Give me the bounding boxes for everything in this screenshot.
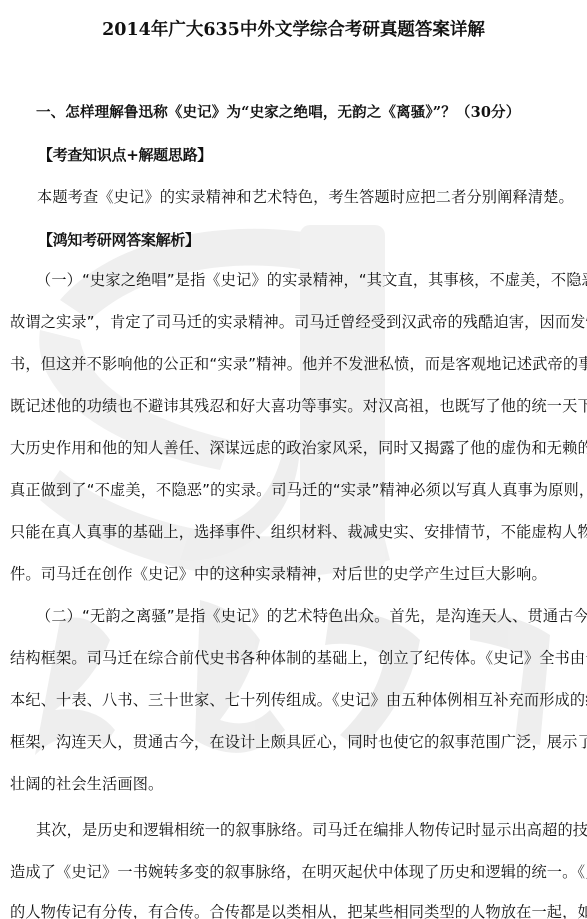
answer-line: 书，但这并不影响他的公正和“实录”精神。他并不发泄私愤，而是客观地记述武帝的事迹…	[10, 354, 587, 374]
answer-line: 其次，是历史和逻辑相统一的叙事脉络。司马迁在编排人物传记时显示出高超的技巧，	[36, 820, 587, 840]
answer-line: 造成了《史记》一书婉转多变的叙事脉络，在明灭起伏中体现了历史和逻辑的统一。《史记…	[10, 862, 587, 882]
document-title: 2014年广大635中外文学综合考研真题答案详解	[0, 18, 587, 42]
answer-line: 件。司马迁在创作《史记》中的这种实录精神，对后世的史学产生过巨大影响。	[10, 564, 547, 584]
section-heading-knowledge: 【考查知识点+解题思路】	[38, 145, 212, 165]
answer-line: 本纪、十表、八书、三十世家、七十列传组成。《史记》由五种体例相互补充而形成的结构	[10, 690, 587, 710]
section-heading-answer: 【鸿知考研网答案解析】	[38, 230, 200, 250]
answer-line: （一）“史家之绝唱”是指《史记》的实录精神，“其文直，其事核，不虚美，不隐恶，	[36, 270, 587, 290]
answer-line: （二）“无韵之离骚”是指《史记》的艺术特色出众。首先，是沟连天人、贯通古今的	[36, 606, 587, 626]
answer-line: 结构框架。司马迁在综合前代史书各种体制的基础上，创立了纪传体。《史记》全书由十二	[10, 648, 587, 668]
answer-line: 框架，沟连天人，贯通古今，在设计上颇具匠心，同时也使它的叙事范围广泛，展示了波澜	[10, 732, 587, 752]
knowledge-text: 本题考查《史记》的实录精神和艺术特色，考生答题时应把二者分别阐释清楚。	[37, 187, 574, 207]
answer-line: 只能在真人真事的基础上，选择事件、组织材料、裁减史实、安排情节，不能虚构人物和事	[10, 522, 587, 542]
answer-line: 壮阔的社会生活画图。	[10, 774, 163, 794]
answer-line: 故谓之实录”，肯定了司马迁的实录精神。司马迁曾经受到汉武帝的残酷迫害，因而发愤著	[10, 312, 587, 332]
answer-line: 真正做到了“不虚美，不隐恶”的实录。司马迁的“实录”精神必须以写真人真事为原则，	[10, 480, 587, 500]
answer-line: 既记述他的功绩也不避讳其残忍和好大喜功等事实。对汉高祖，也既写了他的统一天下的伟	[10, 396, 587, 416]
answer-line: 的人物传记有分传，有合传。合传都是以类相从，把某些相同类型的人物放在一起，如《游	[10, 902, 587, 919]
answer-line: 大历史作用和他的知人善任、深谋远虑的政治家风采，同时又揭露了他的虚伪和无赖的嘴脸…	[10, 438, 587, 458]
question-heading: 一、怎样理解鲁迅称《史记》为“史家之绝唱，无韵之《离骚》”？（30分）	[36, 103, 520, 123]
